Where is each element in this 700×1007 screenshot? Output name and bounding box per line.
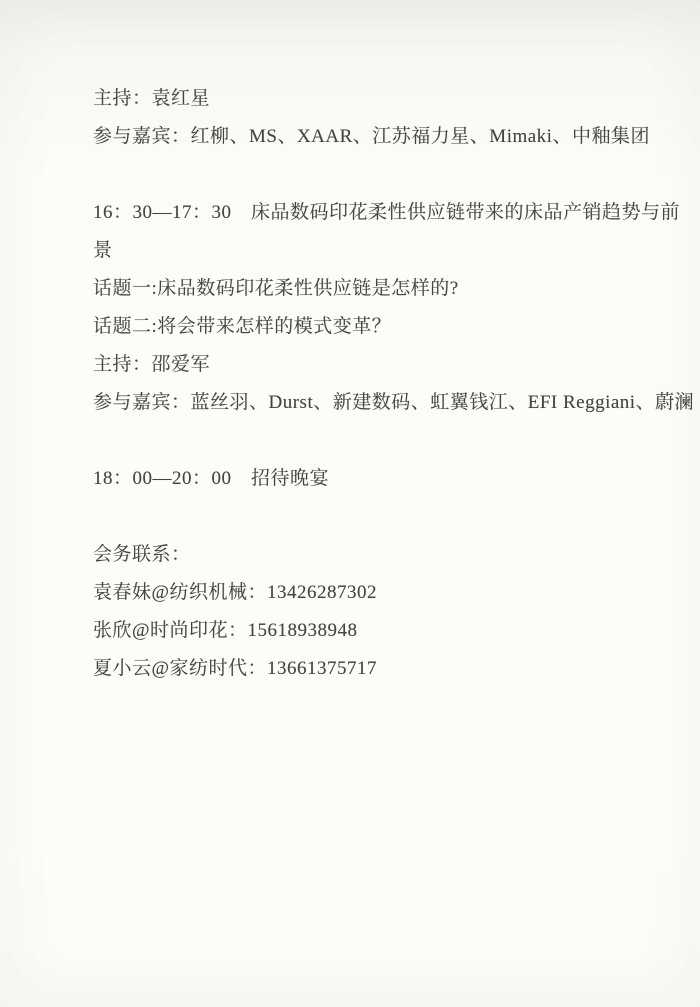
document-page: 主持：袁红星 参与嘉宾：红柳、MS、XAAR、江苏福力星、Mimaki、中釉集团… — [0, 0, 700, 1007]
blank-line — [93, 422, 650, 460]
contact-line: 夏小云@家纺时代：13661375717 — [93, 650, 650, 688]
blank-line — [93, 498, 650, 536]
session-afternoon-topic-2-line: 话题二:将会带来怎样的模式变革？ — [93, 308, 650, 346]
session-afternoon-schedule-line-2: 景 — [93, 232, 650, 270]
session-afternoon-topic-1-line: 话题一:床品数码印花柔性供应链是怎样的? — [93, 270, 650, 308]
contact-line: 张欣@时尚印花：15618938948 — [93, 612, 650, 650]
dinner-schedule-line: 18：00—20：00 招待晚宴 — [93, 460, 650, 498]
blank-line — [93, 156, 650, 194]
session-prev-host-line: 主持：袁红星 — [93, 80, 650, 118]
contacts-heading-line: 会务联系： — [93, 536, 650, 574]
session-afternoon-schedule-line-1: 16：30—17：30 床品数码印花柔性供应链带来的床品产销趋势与前 — [93, 194, 650, 232]
contact-line: 袁春妹@纺织机械：13426287302 — [93, 574, 650, 612]
session-afternoon-guests-line: 参与嘉宾：蓝丝羽、Durst、新建数码、虹翼钱江、EFI Reggiani、蔚澜 — [93, 384, 650, 422]
session-prev-guests-line: 参与嘉宾：红柳、MS、XAAR、江苏福力星、Mimaki、中釉集团 — [93, 118, 650, 156]
session-afternoon-host-line: 主持：邵爱军 — [93, 346, 650, 384]
